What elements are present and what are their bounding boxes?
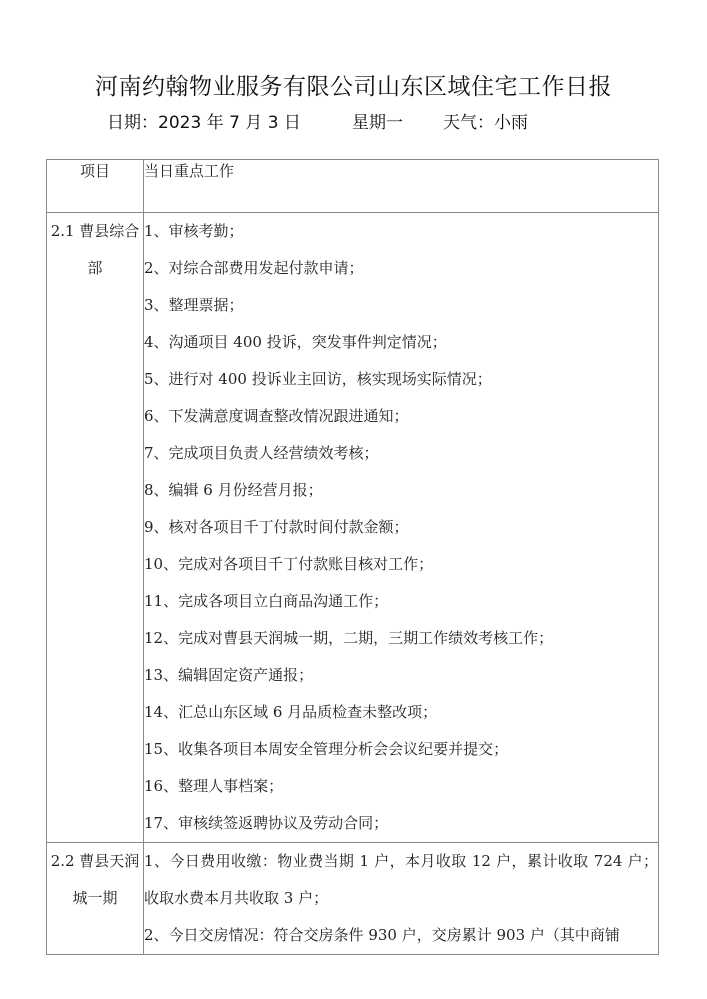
- report-weekday: 星期一: [352, 108, 403, 133]
- report-date: 日期：2023 年 7 月 3 日: [107, 108, 301, 133]
- section-task-list: 1、审核考勤； 2、对综合部费用发起付款申请； 3、整理票据； 4、沟通项目 4…: [144, 213, 659, 843]
- task-item: 3、整理票据；: [144, 287, 658, 324]
- task-item: 4、沟通项目 400 投诉，突发事件判定情况；: [144, 324, 658, 361]
- task-item: 17、审核续签返聘协议及劳动合同；: [144, 805, 658, 842]
- task-item: 2、对综合部费用发起付款申请；: [144, 250, 658, 287]
- header-item: 项目: [47, 160, 144, 213]
- section-item-label: 2.2 曹县天润城一期: [47, 843, 144, 955]
- section-item-text: 2.1 曹县综合部: [51, 222, 140, 277]
- report-weather: 天气：小雨: [443, 108, 528, 133]
- task-item: 15、收集各项目本周安全管理分析会会议纪要并提交；: [144, 731, 658, 768]
- task-item: 8、编辑 6 月份经营月报；: [144, 472, 658, 509]
- task-item: 1、今日费用收缴：物业费当期 1 户，本月收取 12 户，累计收取 724 户；…: [144, 843, 658, 917]
- work-report-table: 项目 当日重点工作 2.1 曹县综合部 1、审核考勤； 2、对综合部费用发起付款…: [46, 159, 659, 955]
- task-item: 12、完成对曹县天润城一期，二期，三期工作绩效考核工作；: [144, 620, 658, 657]
- header-work: 当日重点工作: [144, 160, 659, 213]
- task-item: 13、编辑固定资产通报；: [144, 657, 658, 694]
- report-title: 河南约翰物业服务有限公司山东区域住宅工作日报: [0, 68, 707, 101]
- task-item: 1、审核考勤；: [144, 213, 658, 250]
- task-item: 2、今日交房情况：符合交房条件 930 户，交房累计 903 户（其中商铺: [144, 917, 658, 954]
- task-item: 11、完成各项目立白商品沟通工作；: [144, 583, 658, 620]
- section-task-list: 1、今日费用收缴：物业费当期 1 户，本月收取 12 户，累计收取 724 户；…: [144, 843, 659, 955]
- task-item: 10、完成对各项目千丁付款账目核对工作；: [144, 546, 658, 583]
- section-item-text: 2.2 曹县天润城一期: [51, 852, 140, 907]
- task-item: 14、汇总山东区域 6 月品质检查未整改项；: [144, 694, 658, 731]
- task-item: 7、完成项目负责人经营绩效考核；: [144, 435, 658, 472]
- task-item: 16、整理人事档案；: [144, 768, 658, 805]
- table-row: 2.1 曹县综合部 1、审核考勤； 2、对综合部费用发起付款申请； 3、整理票据…: [47, 213, 659, 843]
- task-item: 5、进行对 400 投诉业主回访，核实现场实际情况；: [144, 361, 658, 398]
- task-item: 9、核对各项目千丁付款时间付款金额；: [144, 509, 658, 546]
- table-header-row: 项目 当日重点工作: [47, 160, 659, 213]
- task-item: 6、下发满意度调查整改情况跟进通知；: [144, 398, 658, 435]
- section-item-label: 2.1 曹县综合部: [47, 213, 144, 843]
- table-row: 2.2 曹县天润城一期 1、今日费用收缴：物业费当期 1 户，本月收取 12 户…: [47, 843, 659, 955]
